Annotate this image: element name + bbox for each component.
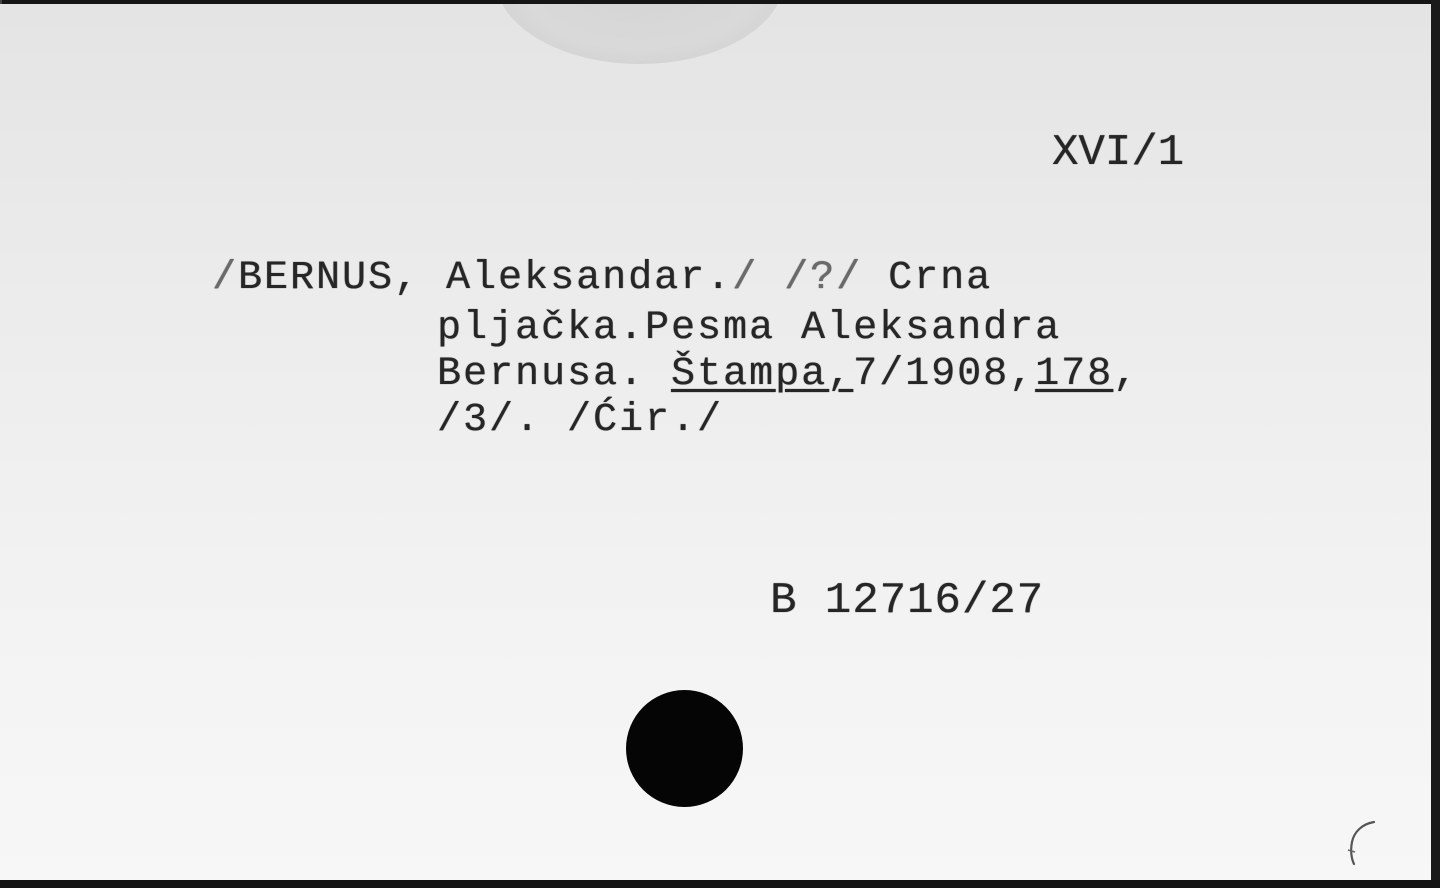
call-number: B 12716/27	[770, 576, 1044, 626]
comma: ,	[1009, 352, 1035, 397]
page-count: /3/.	[437, 398, 567, 443]
comma: ,	[1113, 352, 1139, 397]
script-note: /Ćir./	[567, 398, 723, 443]
title-end: Bernusa.	[437, 352, 671, 397]
shelfmark: XVI/1	[1052, 128, 1184, 178]
entry-line-1: /BERNUS, Aleksandar./ /?/ Crna	[212, 256, 992, 301]
scan-border-right	[1431, 0, 1440, 888]
publication-date: 7/1908	[853, 352, 1009, 397]
uncertain-mark: /?/	[784, 256, 862, 301]
paper-shadow	[495, 4, 785, 64]
author-name: BERNUS, Aleksandar.	[238, 256, 732, 301]
source-title: Štampa	[671, 352, 827, 397]
entry-line-3: Bernusa. Štampa,7/1908,178,	[437, 352, 1139, 397]
punch-hole	[626, 690, 743, 807]
issue-number: 178	[1035, 352, 1113, 397]
scan-border-bottom	[0, 880, 1440, 888]
comma: ,	[827, 352, 853, 397]
entry-line-2: pljačka.Pesma Aleksandra	[437, 306, 1061, 351]
corner-pencil-mark-icon	[1340, 784, 1400, 874]
catalog-card: XVI/1 /BERNUS, Aleksandar./ /?/ Crna plj…	[0, 4, 1432, 880]
bracket-open: /	[212, 256, 238, 301]
title-start: Crna	[862, 256, 992, 301]
entry-line-4: /3/. /Ćir./	[437, 398, 723, 443]
bracket-close: /	[732, 256, 784, 301]
